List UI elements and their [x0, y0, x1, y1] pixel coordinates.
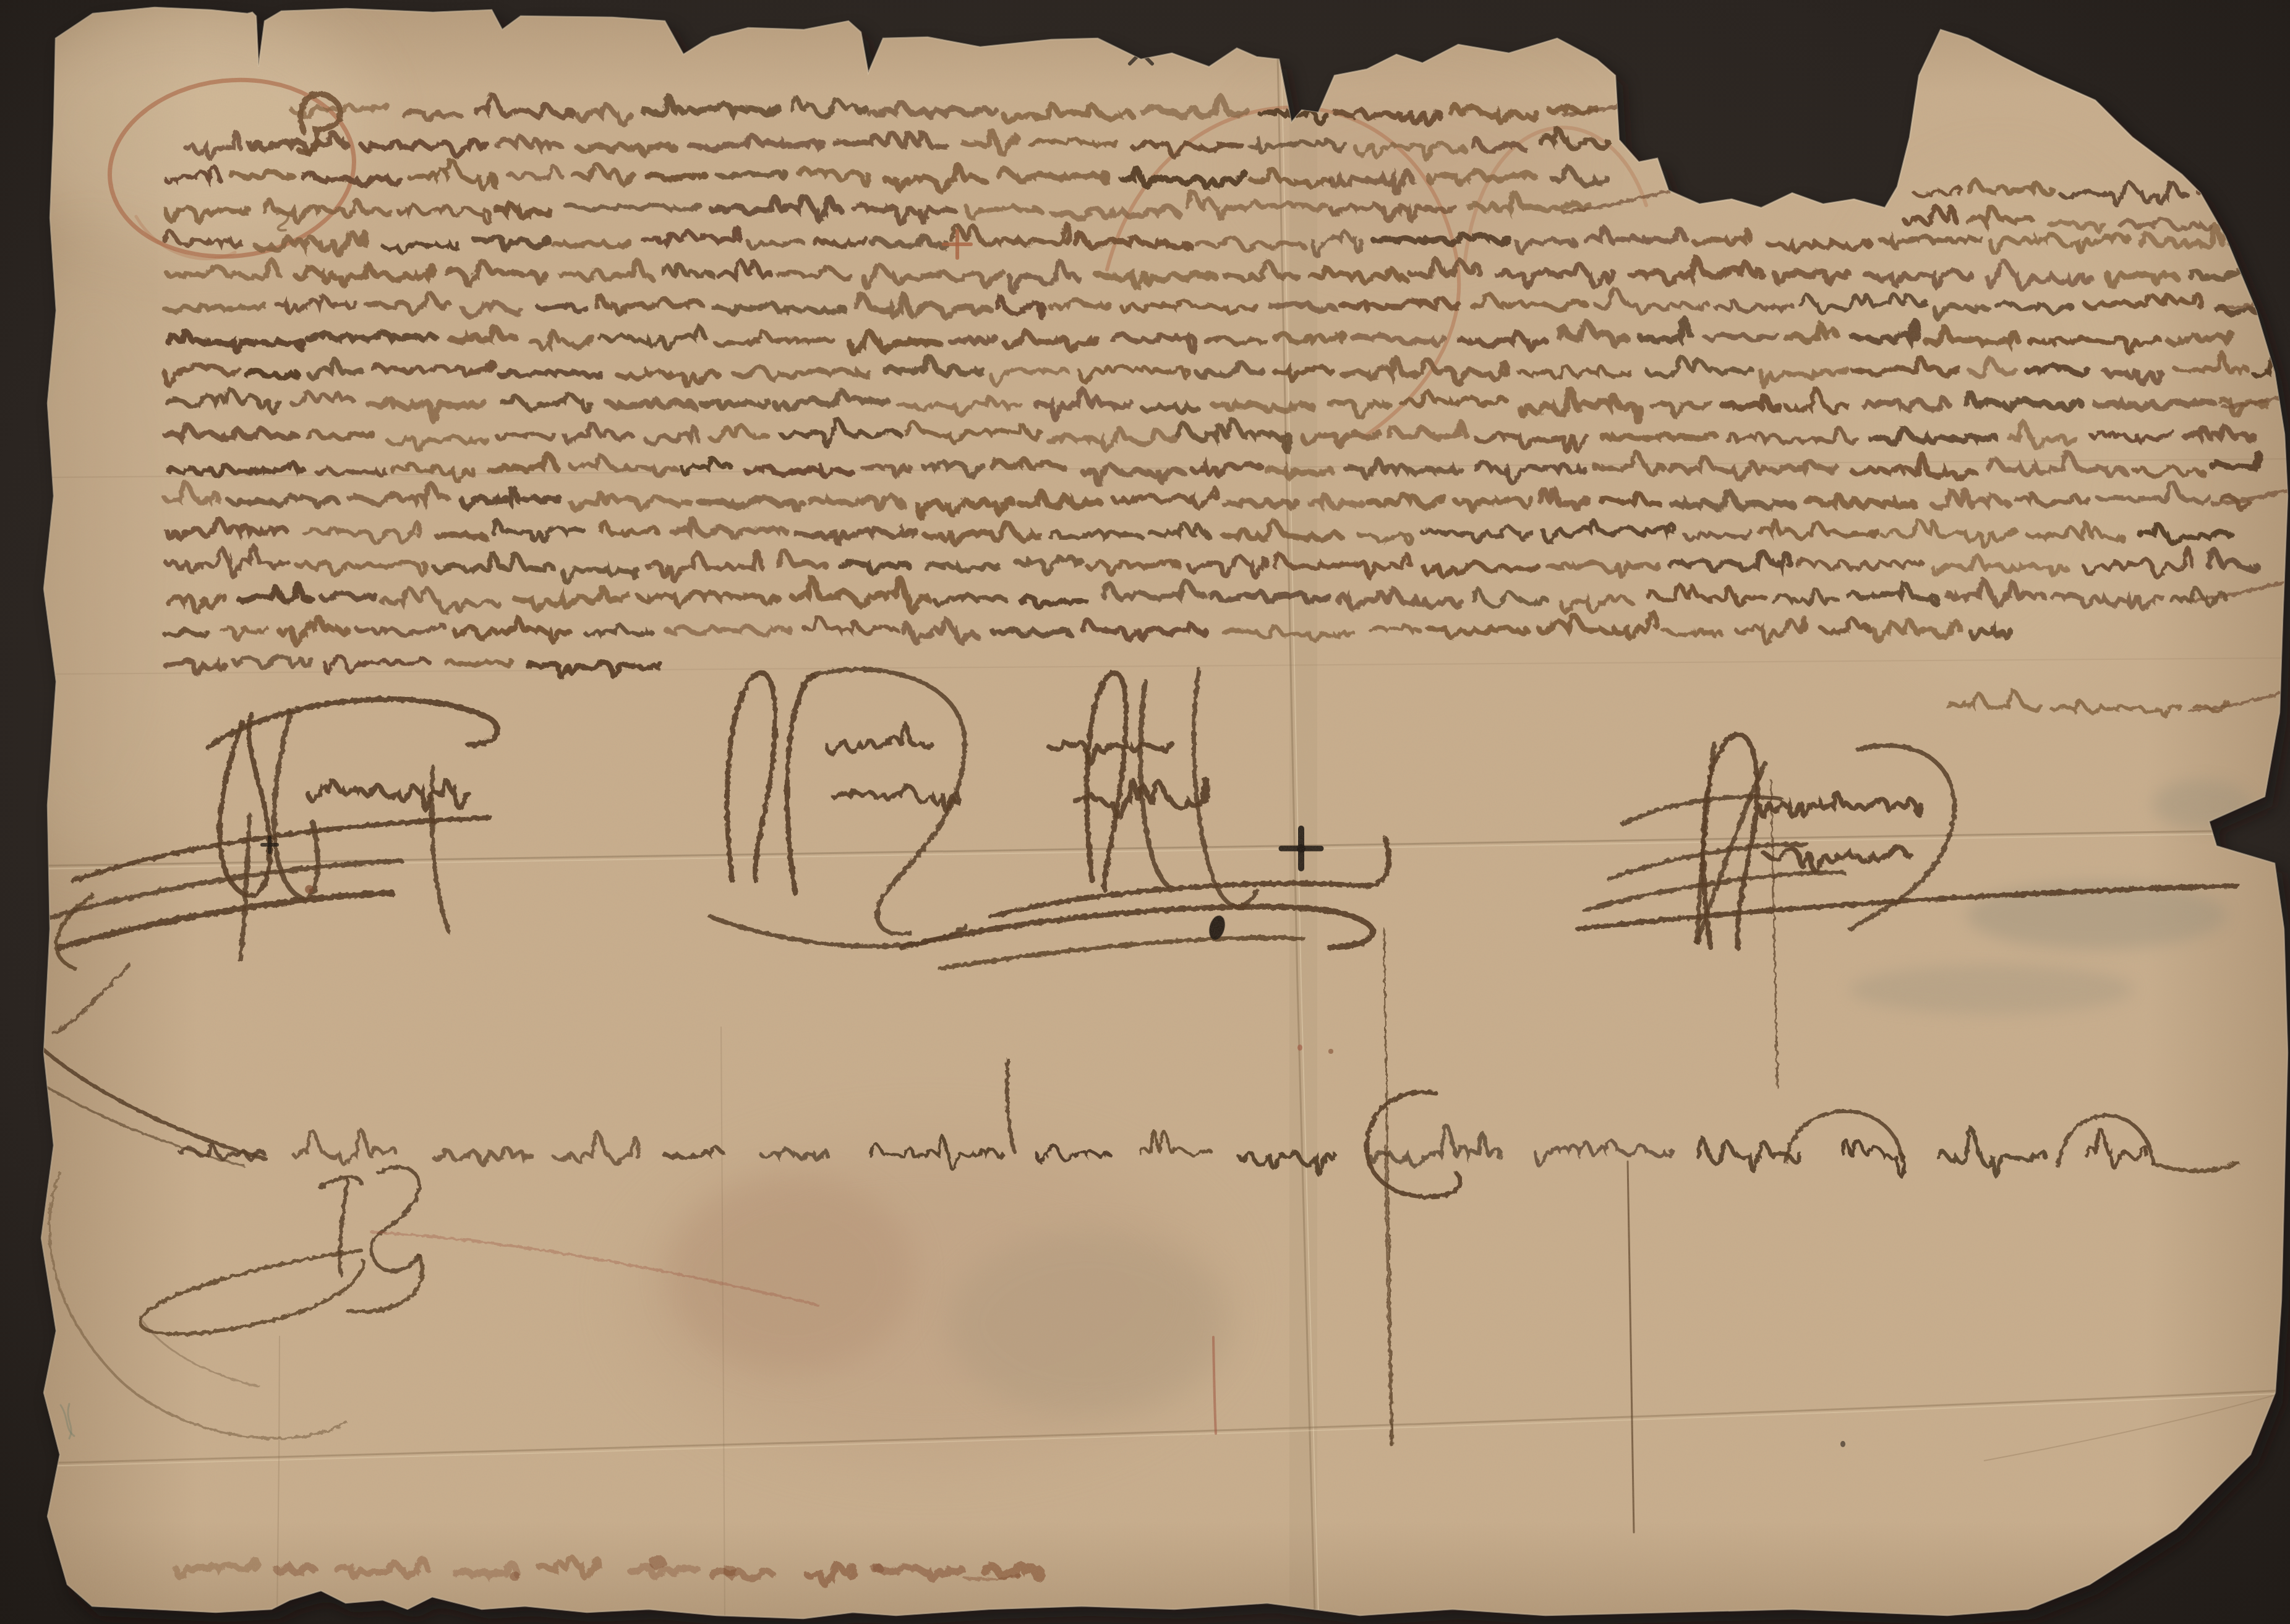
document-canvas — [0, 0, 2290, 1624]
sheet-surface — [0, 0, 2290, 1624]
manuscript-photo: Royal letter of the Catholic Monarchs (D… — [0, 0, 2290, 1624]
paper-grain — [0, 0, 2290, 1624]
document-sheet — [0, 0, 2290, 1624]
